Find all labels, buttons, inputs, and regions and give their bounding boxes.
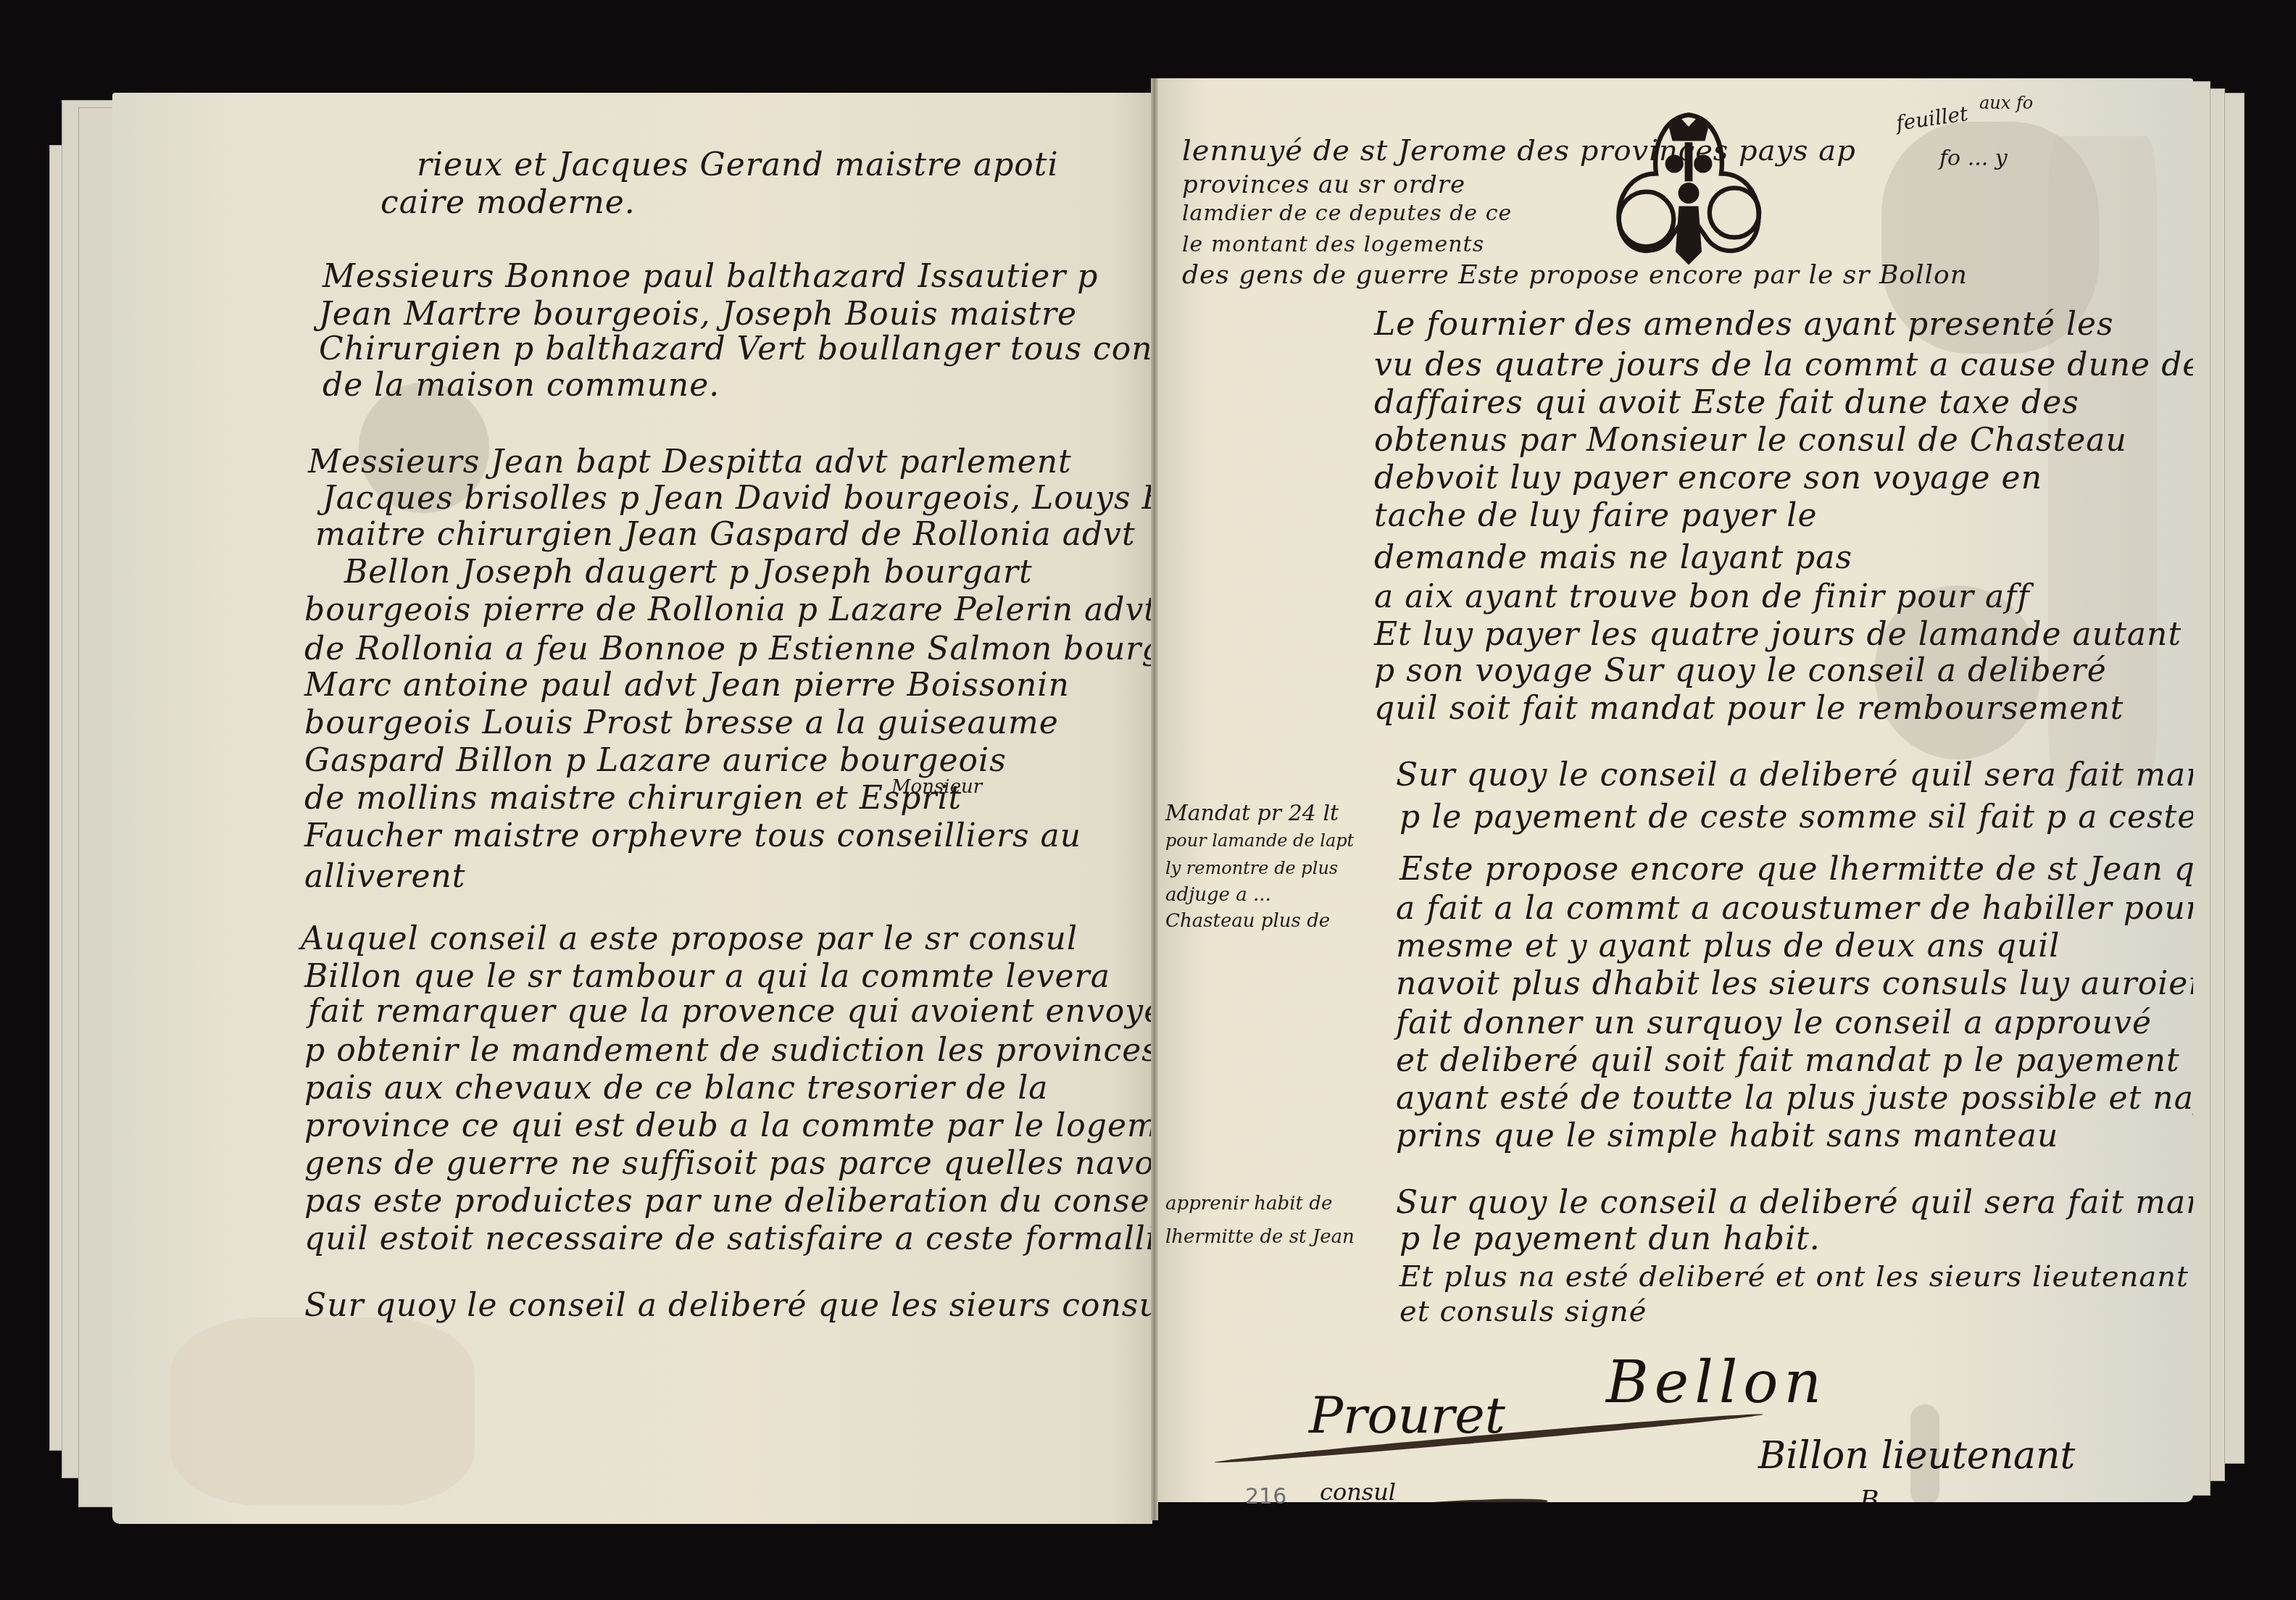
right-page: lennuyé de st Jerome des provinces pays … bbox=[1157, 78, 2193, 1502]
manuscript-line: Auquel conseil a este propose par le sr … bbox=[301, 923, 1078, 955]
manuscript-line: Messieurs Bonnoe paul balthazard Issauti… bbox=[323, 261, 1099, 293]
manuscript-line: Faucher maistre orphevre tous conseillie… bbox=[304, 820, 1081, 852]
manuscript-line: Chirurgien p balthazard Vert boullanger … bbox=[319, 333, 1152, 365]
manuscript-line: fait donner un surquoy le conseil a appr… bbox=[1396, 1007, 2152, 1039]
manuscript-line: Este propose encore que lhermitte de st … bbox=[1399, 854, 2193, 886]
folio-number: 216 bbox=[1245, 1484, 1286, 1509]
manuscript-line: debvoit luy payer encore son voyage en bbox=[1374, 462, 2042, 494]
royal-seal-stamp-icon bbox=[1591, 101, 1787, 272]
margin-note: lhermitte de st Jean bbox=[1165, 1228, 1355, 1246]
signature: consul bbox=[1320, 1480, 1396, 1502]
manuscript-line: prins que le simple habit sans manteau bbox=[1396, 1120, 2058, 1152]
left-page: rieux et Jacques Gerand maistre apoti ca… bbox=[112, 93, 1152, 1524]
manuscript-line: bourgeois pierre de Rollonia p Lazare Pe… bbox=[304, 594, 1152, 626]
manuscript-line: quil soit fait mandat pour le remboursem… bbox=[1374, 693, 2124, 725]
margin-note: apprenir habit de bbox=[1165, 1194, 1332, 1213]
folio-note: aux fo bbox=[1979, 94, 2033, 112]
signature: Bellon bbox=[1606, 1354, 1827, 1412]
signature: Billon lieutenant bbox=[1758, 1437, 2076, 1475]
manuscript-line: p obtenir le mandement de sudiction les … bbox=[304, 1035, 1152, 1067]
manuscript-line: a aix ayant trouve bon de finir pour aff bbox=[1374, 581, 2030, 613]
manuscript-line: tache de luy faire payer le bbox=[1374, 500, 1817, 532]
manuscript-line: mesme et y ayant plus de deux ans quil bbox=[1396, 930, 2060, 962]
manuscript-line: de mollins maistre chirurgien et Esprit bbox=[304, 783, 962, 814]
manuscript-line: a fait a la commt a acoustumer de habill… bbox=[1396, 893, 2193, 925]
manuscript-line: alliverent bbox=[304, 861, 465, 893]
manuscript-line: vu des quatre jours de la commt a cause … bbox=[1374, 349, 2193, 381]
manuscript-line: Sur quoy le conseil a deliberé quil sera… bbox=[1396, 759, 2193, 791]
manuscript-line: fait remarquer que la provence qui avoie… bbox=[308, 996, 1152, 1028]
manuscript-line: rieux et Jacques Gerand maistre apoti bbox=[417, 149, 1059, 181]
manuscript-line: Et plus na esté deliberé et ont les sieu… bbox=[1399, 1262, 2189, 1291]
manuscript-line: Bellon Joseph daugert p Joseph bourgart bbox=[344, 557, 1033, 588]
manuscript-line: p le payement de ceste somme sil fait p … bbox=[1399, 801, 2193, 833]
manuscript-line: quil estoit necessaire de satisfaire a c… bbox=[304, 1223, 1152, 1255]
manuscript-line: p son voyage Sur quoy le conseil a delib… bbox=[1374, 655, 2107, 687]
manuscript-line: navoit plus dhabit les sieurs consuls lu… bbox=[1396, 968, 2193, 1000]
manuscript-line: le montant des logements bbox=[1182, 234, 1484, 256]
manuscript-line: de Rollonia a feu Bonnoe p Estienne Salm… bbox=[304, 633, 1152, 665]
margin-note: adjuge a ... bbox=[1165, 886, 1271, 904]
margin-note: Chasteau plus de bbox=[1165, 912, 1330, 930]
manuscript-line: daffaires qui avoit Este fait dune taxe … bbox=[1374, 387, 2079, 419]
manuscript-line: Sur quoy le conseil a deliberé quil sera… bbox=[1396, 1187, 2193, 1219]
manuscript-line: ayant esté de toutte la plus juste possi… bbox=[1396, 1083, 2193, 1114]
manuscript-line: Marc antoine paul advt Jean pierre Boiss… bbox=[304, 670, 1070, 701]
manuscript-line: pais aux chevaux de ce blanc tresorier d… bbox=[304, 1072, 1048, 1104]
manuscript-line: Gaspard Billon p Lazare aurice bourgeois bbox=[304, 745, 1007, 777]
manuscript-line: Le fournier des amendes ayant presenté l… bbox=[1374, 309, 2114, 341]
manuscript-line: Et luy payer les quatre jours de lamande… bbox=[1374, 619, 2181, 651]
manuscript-line: gens de guerre ne suffisoit pas parce qu… bbox=[304, 1148, 1152, 1180]
manuscript-line: et deliberé quil soit fait mandat p le p… bbox=[1396, 1045, 2180, 1077]
manuscript-line: et consuls signé bbox=[1399, 1297, 1647, 1326]
manuscript-line: Jean Martre bourgeois, Joseph Bouis mais… bbox=[319, 299, 1077, 330]
manuscript-line: p le payement dun habit. bbox=[1399, 1223, 1821, 1255]
manuscript-line: Sur quoy le conseil a deliberé que les s… bbox=[304, 1290, 1152, 1322]
manuscript-line: des gens de guerre Este propose encore p… bbox=[1182, 262, 1968, 288]
manuscript-line: pas este produictes par une deliberation… bbox=[304, 1186, 1152, 1217]
manuscript-line: Jacques brisolles p Jean David bourgeois… bbox=[323, 483, 1152, 514]
manuscript-line: Billon que le sr tambour a qui la commte… bbox=[304, 961, 1110, 993]
margin-note: pour lamande de lapt bbox=[1165, 832, 1354, 849]
margin-note: Monsieur bbox=[891, 778, 982, 796]
manuscript-line: bourgeois Louis Prost bresse a la guisea… bbox=[304, 707, 1059, 739]
manuscript-line: Messieurs Jean bapt Despitta advt parlem… bbox=[308, 446, 1072, 478]
manuscript-line: provinces au sr ordre bbox=[1182, 172, 1465, 197]
signature-initial: B bbox=[1860, 1488, 1879, 1502]
water-stain bbox=[170, 1317, 475, 1506]
margin-note: ly remontre de plus bbox=[1165, 859, 1338, 877]
manuscript-line: maitre chirurgien Jean Gaspard de Rollon… bbox=[315, 519, 1136, 551]
manuscript-line: province ce qui est deub a la commte par… bbox=[304, 1110, 1152, 1142]
manuscript-line: caire moderne. bbox=[380, 187, 636, 219]
margin-note: Mandat pr 24 lt bbox=[1165, 803, 1339, 825]
manuscript-line: lamdier de ce deputes de ce bbox=[1182, 203, 1512, 225]
manuscript-line: demande mais ne layant pas bbox=[1374, 542, 1852, 574]
manuscript-line: de la maison commune. bbox=[323, 370, 720, 401]
signature: Prouret bbox=[1309, 1390, 1505, 1441]
book-gutter bbox=[1151, 78, 1158, 1520]
folio-note: fo ... y bbox=[1939, 148, 2008, 170]
manuscript-line: obtenus par Monsieur le consul de Chaste… bbox=[1374, 425, 2127, 457]
